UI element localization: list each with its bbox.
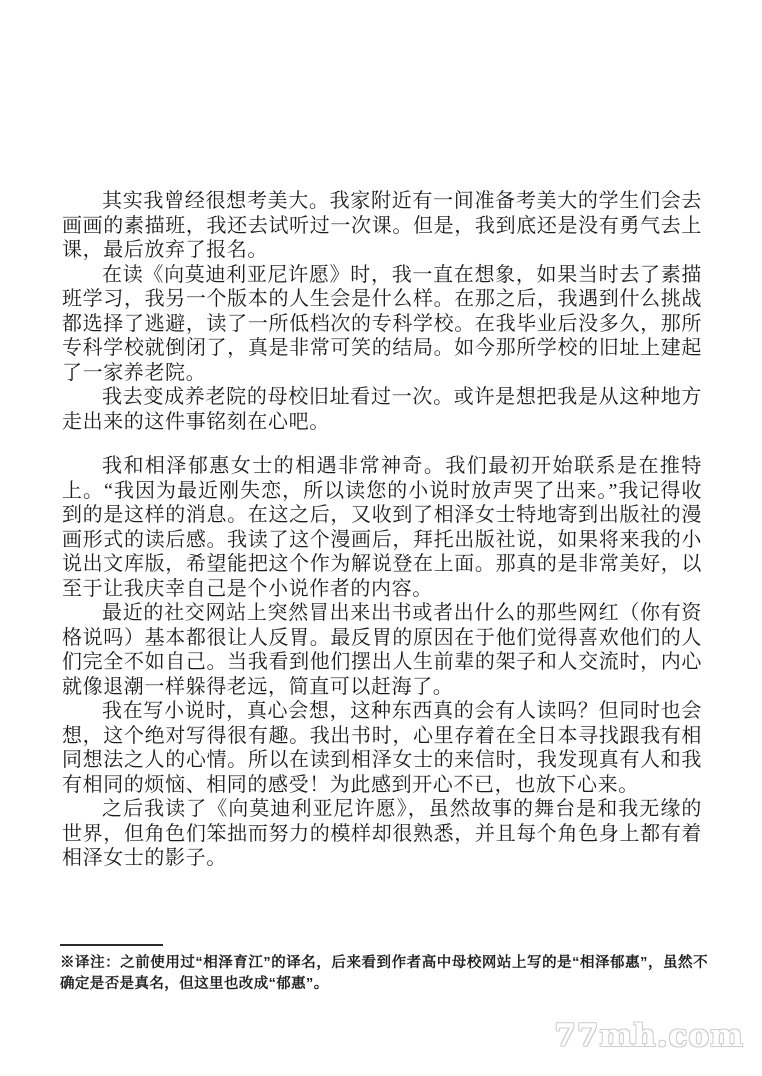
footnote-area: ※译注：之前使用过“相泽育江”的译名，后来看到作者高中母校网站上写的是“相泽郁惠… — [60, 944, 708, 994]
paragraph-meeting-aizawa: 我和相泽郁惠女士的相遇非常神奇。我们最初开始联系是在推特上。“我因为最近刚失恋，… — [62, 454, 702, 601]
paragraph-art-school-dream: 其实我曾经很想考美大。我家附近有一间准备考美大的学生们会去画画的素描班，我还去试… — [62, 189, 702, 263]
footnote-divider — [60, 944, 163, 946]
paragraph-social-media-critique: 最近的社交网站上突然冒出来出书或者出什么的那些网红（你有资格说吗）基本都很让人反… — [62, 601, 702, 699]
site-watermark: 77mh.com — [554, 1018, 744, 1054]
paragraph-reading-afterwards: 之后我读了《向莫迪利亚尼许愿》，虽然故事的舞台是和我无缘的世界，但角色们笨拙而努… — [62, 797, 702, 871]
body-text: 其实我曾经很想考美大。我家附近有一间准备考美大的学生们会去画画的素描班，我还去试… — [62, 189, 702, 871]
translator-footnote: ※译注：之前使用过“相泽育江”的译名，后来看到作者高中母校网站上写的是“相泽郁惠… — [60, 953, 708, 994]
paragraph-visit-old-school: 我去变成养老院的母校旧址看过一次。或许是想把我是从这种地方走出来的这件事铭刻在心… — [62, 385, 702, 434]
document-page: 其实我曾经很想考美大。我家附近有一间准备考美大的学生们会去画画的素描班，我还去试… — [0, 0, 762, 1076]
paragraph-writing-novels: 我在写小说时，真心会想，这种东西真的会有人读吗？但同时也会想，这个绝对写得很有趣… — [62, 699, 702, 797]
paragraph-reading-modigliani: 在读《向莫迪利亚尼许愿》时，我一直在想象，如果当时去了素描班学习，我另一个版本的… — [62, 263, 702, 386]
